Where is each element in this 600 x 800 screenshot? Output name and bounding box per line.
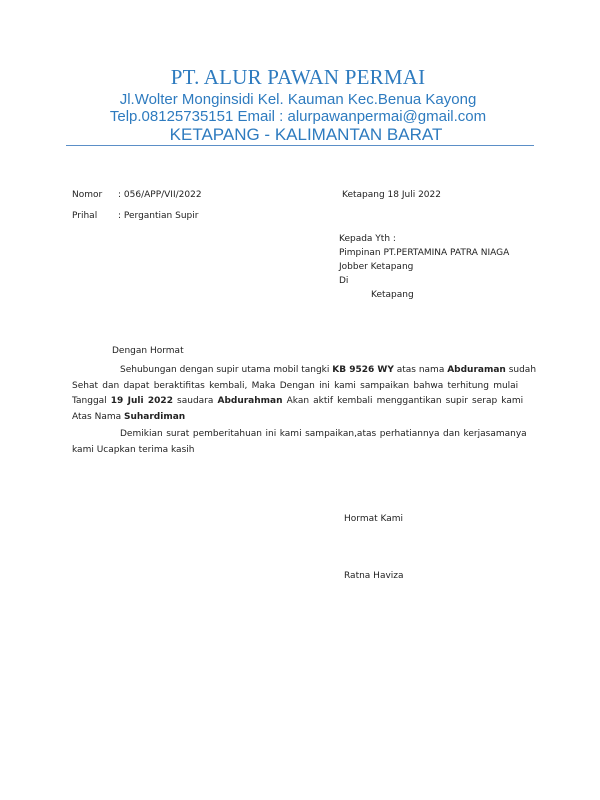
prihal-row: Prihal: Pergantian Supir [72, 211, 198, 221]
letter-page: PT. ALUR PAWAN PERMAI Jl.Wolter Monginsi… [0, 0, 600, 800]
salutation: Dengan Hormat [112, 346, 184, 356]
recipient-name: Pimpinan PT.PERTAMINA PATRA NIAGA [339, 248, 509, 258]
paragraph-1-line-2: Sehat dan dapat beraktifitas kembali, Ma… [72, 379, 528, 395]
recipient-place: Ketapang [371, 290, 414, 300]
paragraph-1-line-1: Sehubungan dengan supir utama mobil tang… [72, 363, 528, 379]
closing-regards: Hormat Kami [344, 514, 403, 524]
paragraph-1-line-4: Atas Nama Suhardiman [72, 410, 528, 426]
paragraph-2-line-2: kami Ucapkan terima kasih [72, 443, 528, 459]
nomor-value: : 056/APP/VII/2022 [118, 190, 202, 200]
paragraph-1-line-3: Tanggal 19 Juli 2022 saudara Abdurahman … [72, 394, 528, 410]
letterhead-city: KETAPANG - KALIMANTAN BARAT [6, 125, 600, 145]
recipient-unit: Jobber Ketapang [339, 262, 413, 272]
prihal-label: Prihal [72, 211, 118, 221]
letterhead-contact: Telp.08125735151 Email : alurpawanpermai… [0, 108, 598, 125]
paragraph-2: Demikian surat pemberitahuan ini kami sa… [72, 427, 528, 458]
main-driver-name: Abduraman [447, 365, 506, 375]
letterhead-company-name: PT. ALUR PAWAN PERMAI [0, 65, 598, 90]
recipient-greeting: Kepada Yth : [339, 234, 396, 244]
returning-driver-name: Abdurahman [217, 396, 282, 406]
prihal-value: : Pergantian Supir [118, 211, 198, 221]
letterhead-divider [66, 145, 534, 146]
vehicle-plate: KB 9526 WY [332, 365, 394, 375]
effective-date: 19 Juli 2022 [111, 396, 173, 406]
nomor-row: Nomor: 056/APP/VII/2022 [72, 190, 202, 200]
signer-name: Ratna Haviza [344, 571, 404, 581]
paragraph-2-line-1: Demikian surat pemberitahuan ini kami sa… [72, 427, 528, 443]
paragraph-1: Sehubungan dengan supir utama mobil tang… [72, 363, 528, 425]
letterhead-address: Jl.Wolter Monginsidi Kel. Kauman Kec.Ben… [0, 91, 598, 108]
letter-date: Ketapang 18 Juli 2022 [342, 190, 441, 200]
recipient-di: Di [339, 276, 348, 286]
reserve-driver-name: Suhardiman [124, 412, 185, 422]
nomor-label: Nomor [72, 190, 118, 200]
